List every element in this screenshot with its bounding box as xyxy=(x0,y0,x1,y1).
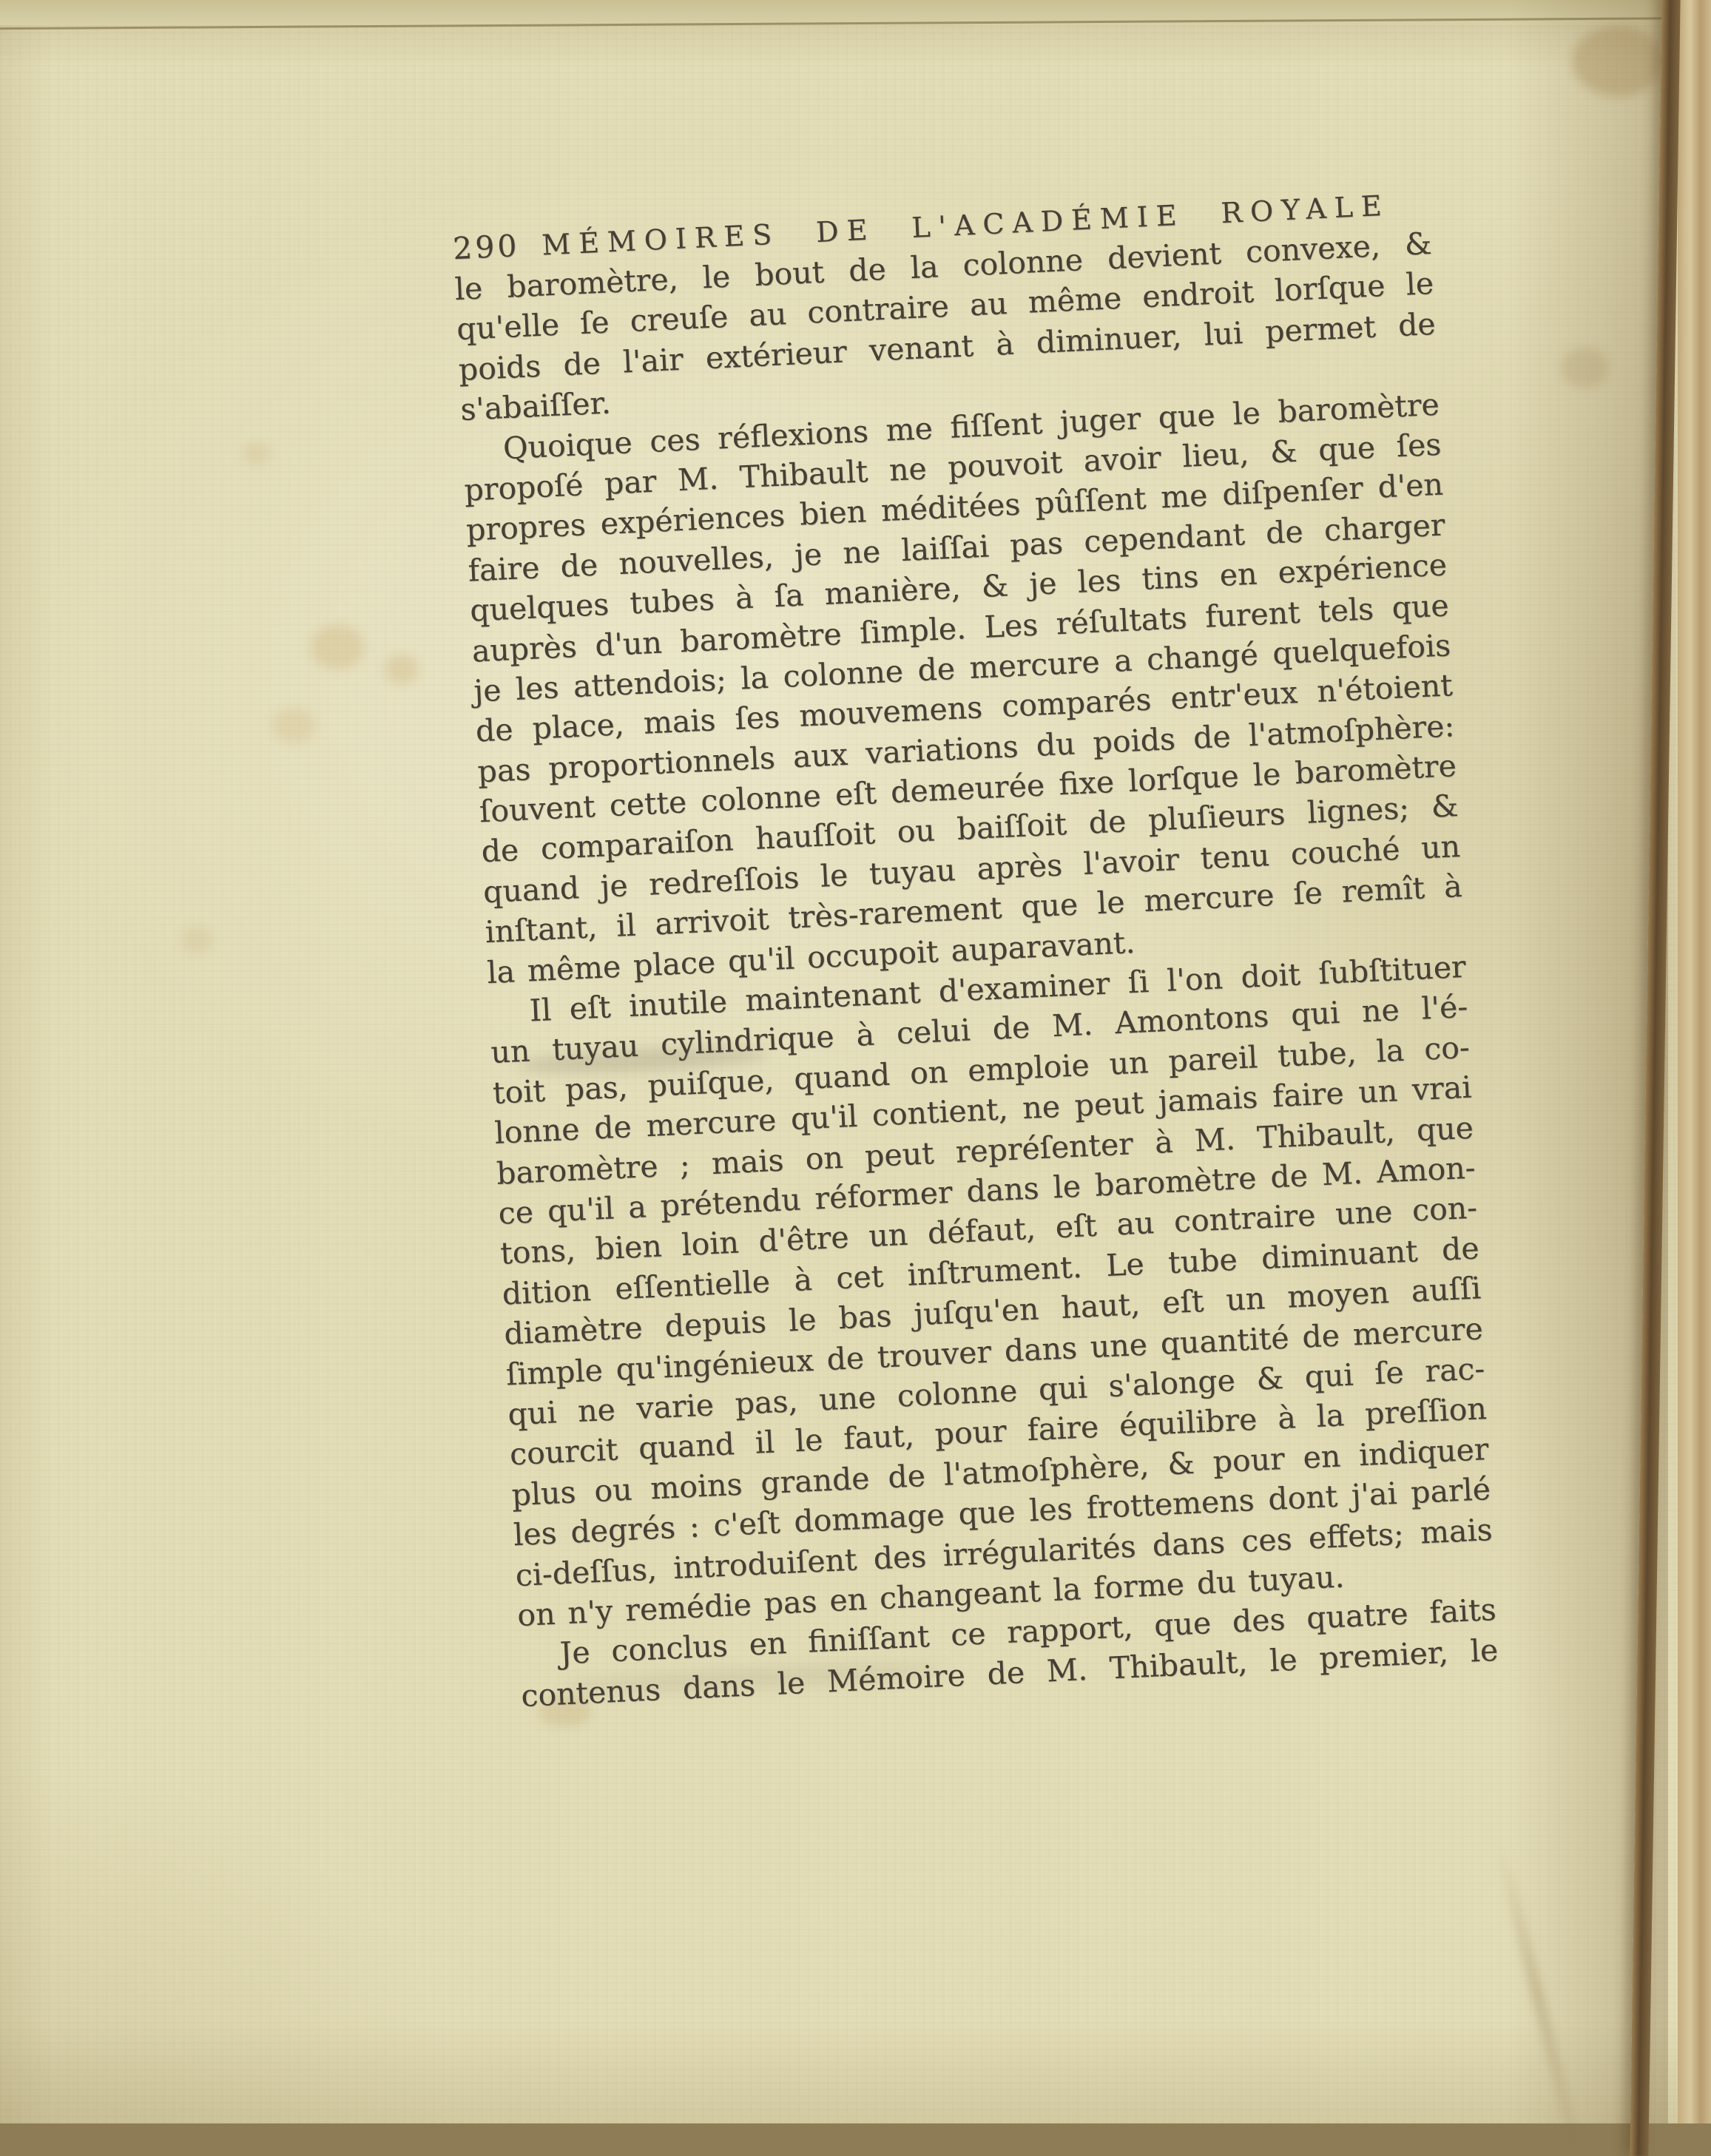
foxing-stain xyxy=(272,709,315,743)
stacked-page-edges xyxy=(1678,0,1711,2123)
paragraph: Quoique ces réflexions me fiſſent juger … xyxy=(462,384,1465,993)
text-block: 290MÉMOIRES DE L'ACADÉMIE ROYALE le baro… xyxy=(452,182,1499,1728)
page-number: 290 xyxy=(452,228,520,266)
page-top-edge xyxy=(0,0,1711,25)
foxing-stain xyxy=(385,655,419,684)
foxing-stain xyxy=(181,927,212,953)
scanned-book-page: 290MÉMOIRES DE L'ACADÉMIE ROYALE le baro… xyxy=(0,0,1711,2123)
foxing-stain xyxy=(243,442,271,464)
paragraphs: le baromètre, le bout de la colonne devi… xyxy=(454,223,1499,1716)
foxing-stain xyxy=(311,625,364,669)
